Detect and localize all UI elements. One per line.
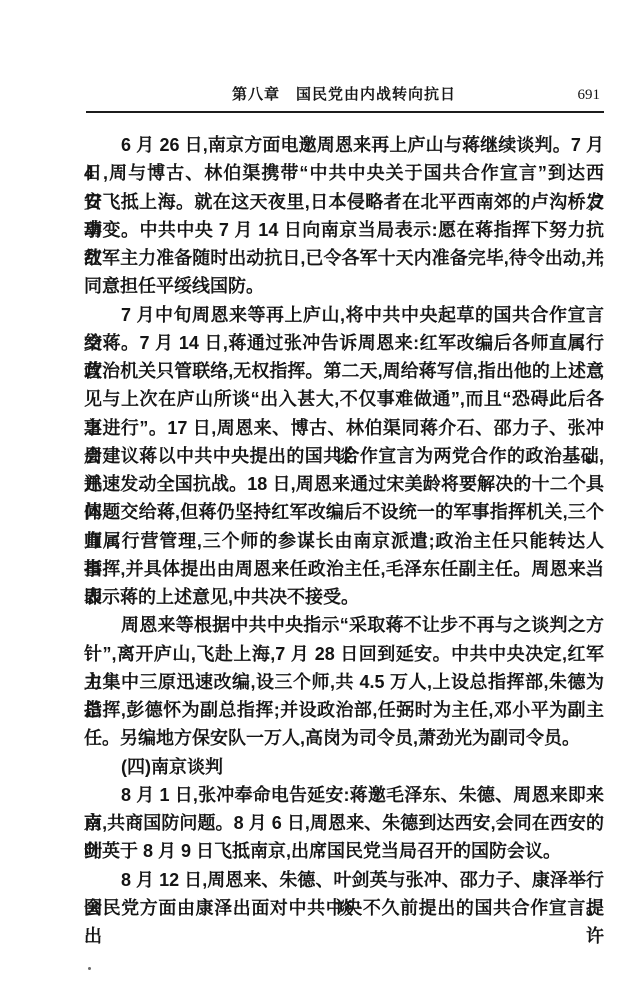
- page-header: 第八章 国民党由内战转向抗日 691: [84, 84, 604, 106]
- header-rule: [86, 111, 604, 113]
- section-heading-line: (四)南京谈判: [84, 753, 604, 781]
- text-line: 针”,离开庐山,飞赴上海,7 月 28 日回到延安。中共中央决定,红军主: [84, 640, 604, 668]
- text-line: 日,周与博古、林伯渠携带“中共中央关于国共合作宣言”到达西安,7: [84, 159, 604, 187]
- text-line: 问题交给蒋,但蒋仍坚持红军改编后不设统一的军事指挥机关,三个师: [84, 498, 604, 526]
- text-line: 8 月 1 日,张冲奉命电告延安:蒋邀毛泽东、朱德、周恩来即来南: [84, 781, 604, 809]
- text-line: 周建议蒋以中共中央提出的国共合作宣言为两党合作的政治基础,并: [84, 442, 604, 470]
- text-line: 表示蒋的上述意见,中共决不接受。: [84, 583, 604, 611]
- text-line: 之进行”。17 日,周恩来、博古、林伯渠同蒋介石、邵力子、张冲会谈。: [84, 414, 604, 442]
- text-line: 政治机关只管联络,无权指挥。第二天,周给蒋写信,指出他的上述意: [84, 357, 604, 385]
- text-line: 6 月 26 日,南京方面电邀周恩来再上庐山与蒋继续谈判。7 月 4: [84, 131, 604, 159]
- body-text: 6 月 26 日,南京方面电邀周恩来再上庐山与蒋继续谈判。7 月 4日,周与博古…: [84, 131, 604, 922]
- text-line: 直属行营管理,三个师的参谋长由南京派遣;政治主任只能转达人事、: [84, 527, 604, 555]
- scan-speck: [88, 967, 91, 970]
- text-line: 指挥,并具体提出由周恩来任政治主任,毛泽东任副主任。周恩来当即: [84, 555, 604, 583]
- text-line: 见与上次在庐山所谈“出入甚大,不仅事难做通”,而且“恐碍此后各事: [84, 385, 604, 413]
- text-line: 剑英于 8 月 9 日飞抵南京,出席国民党当局召开的国防会议。: [84, 837, 604, 865]
- text-line: 8 月 12 日,周恩来、朱德、叶剑英与张冲、邵力子、康泽举行会谈。: [84, 866, 604, 894]
- text-line: 7 月中旬周恩来等再上庐山,将中共中央起草的国共合作宣言交: [84, 301, 604, 329]
- text-line: 同意担任平绥线国防。: [84, 272, 604, 300]
- text-line: 国民党方面由康泽出面对中共中央不久前提出的国共合作宣言提出许: [84, 894, 604, 922]
- text-line: 日飞抵上海。就在这天夜里,日本侵略者在北平西南郊的卢沟桥发动: [84, 188, 604, 216]
- text-line: 事变。中共中央 7 月 14 日向南京当局表示:愿在蒋指挥下努力抗敌,: [84, 216, 604, 244]
- text-line: 任。另编地方保安队一万人,高岗为司令员,萧劲光为副司令员。: [84, 724, 604, 752]
- text-line: 红军主力准备随时出动抗日,已令各军十天内准备完毕,待令出动,并: [84, 244, 604, 272]
- text-line: 迅速发动全国抗战。18 日,周恩来通过宋美龄将要解决的十二个具体: [84, 470, 604, 498]
- text-line: 京,共商国防问题。8 月 6 日,周恩来、朱德到达西安,会同在西安的叶: [84, 809, 604, 837]
- text-line: 给蒋。7 月 14 日,蒋通过张冲告诉周恩来:红军改编后各师直属行营,: [84, 329, 604, 357]
- page-number: 691: [578, 84, 601, 106]
- text-line: 力集中三原迅速改编,设三个师,共 4.5 万人,上设总指挥部,朱德为总: [84, 668, 604, 696]
- text-line: 指挥,彭德怀为副总指挥;并设政治部,任弼时为主任,邓小平为副主: [84, 696, 604, 724]
- text-line: 周恩来等根据中共中央指示“采取蒋不让步不再与之谈判之方: [84, 611, 604, 639]
- book-page: 第八章 国民党由内战转向抗日 691 6 月 26 日,南京方面电邀周恩来再上庐…: [0, 0, 644, 1000]
- running-head-chapter-title: 第八章 国民党由内战转向抗日: [84, 84, 604, 106]
